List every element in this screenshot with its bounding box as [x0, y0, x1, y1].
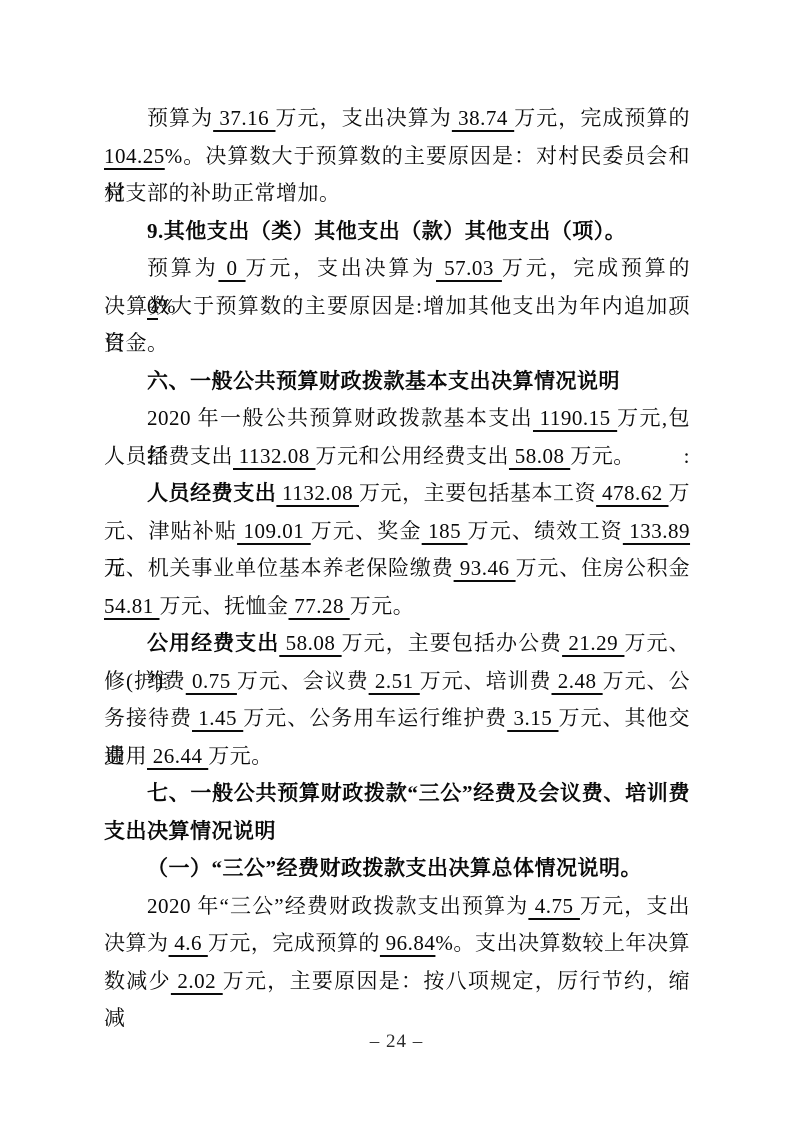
text-segment: 万元，支出决算为 — [246, 256, 436, 280]
text-segment: 公用经费支出 — [147, 631, 279, 655]
text-segment: 万元、培训费 — [420, 669, 552, 693]
underlined-value: 1132.08 — [233, 444, 315, 468]
underlined-value: 3.15 — [507, 706, 558, 730]
text-line: 党支部的补助正常增加。 — [104, 175, 690, 213]
text-line: 人员经费支出 1132.08 万元，主要包括基本工资 478.62 万 — [104, 475, 690, 513]
text-segment: 务接待费 — [104, 706, 192, 730]
text-segment: 七、一般公共预算财政拨款“三公”经费及会议费、培训费 — [147, 781, 690, 805]
underlined-value: 77.28 — [289, 594, 350, 618]
text-segment: %。支出决算数较上年决算 — [435, 931, 690, 955]
text-segment: 万元，完成预算的 — [208, 931, 380, 955]
text-line: 费用 26.44 万元。 — [104, 738, 690, 776]
text-segment: 万元。 — [208, 744, 273, 768]
underlined-value: 1132.08 — [276, 481, 359, 505]
text-segment: 万元。 — [570, 444, 635, 468]
page-number: – 24 – — [370, 1031, 424, 1052]
text-segment: 万元，支出 — [580, 894, 690, 918]
text-line: 元、津贴补贴 109.01 万元、奖金 185 万元、绩效工资 133.89 万 — [104, 513, 690, 551]
text-segment: 9.其他支出（类）其他支出（款）其他支出（项）。 — [147, 219, 626, 243]
text-line: （一）“三公”经费财政拨款支出决算总体情况说明。 — [104, 850, 690, 888]
text-line: 务接待费 1.45 万元、公务用车运行维护费 3.15 万元、其他交通 — [104, 700, 690, 738]
text-line: 104.25%。决算数大于预算数的主要原因是：对村民委员会和村 — [104, 138, 690, 176]
text-segment: 万元，完成预算的 — [502, 256, 690, 280]
text-line: 预算为 37.16 万元，支出决算为 38.74 万元，完成预算的 — [104, 100, 690, 138]
document-page: 预算为 37.16 万元，支出决算为 38.74 万元，完成预算的104.25%… — [0, 0, 793, 1122]
text-segment: 预算为 — [147, 106, 213, 130]
text-line: 2020 年“三公”经费财政拨款支出预算为 4.75 万元，支出 — [104, 888, 690, 926]
text-segment: 万元、住房公积金 — [516, 556, 690, 580]
underlined-value: 57.03 — [436, 256, 502, 280]
text-line: 预算为 0 万元，支出决算为 57.03 万元，完成预算的 0%。 — [104, 250, 690, 288]
underlined-value: 0 — [218, 256, 245, 280]
underlined-value: 54.81 — [104, 594, 160, 618]
underlined-value: 58.08 — [279, 631, 341, 655]
text-line: 9.其他支出（类）其他支出（款）其他支出（项）。 — [104, 213, 690, 251]
document-body: 预算为 37.16 万元，支出决算为 38.74 万元，完成预算的104.25%… — [104, 100, 690, 1000]
text-segment: 元、津贴补贴 — [104, 519, 237, 543]
underlined-value: 2.51 — [369, 669, 420, 693]
text-line: 数减少 2.02 万元，主要原因是：按八项规定，厉行节约，缩减 — [104, 963, 690, 1001]
underlined-value: 93.46 — [454, 556, 516, 580]
text-line: 54.81 万元、抚恤金 77.28 万元。 — [104, 588, 690, 626]
text-segment: 支出决算情况说明 — [104, 819, 276, 843]
text-segment: 万元，主要包括办公费 — [342, 631, 562, 655]
text-line: 六、一般公共预算财政拨款基本支出决算情况说明 — [104, 363, 690, 401]
text-line: 人员经费支出 1132.08 万元和公用经费支出 58.08 万元。 — [104, 438, 690, 476]
text-segment: 万元，完成预算的 — [514, 106, 690, 130]
underlined-value: 1.45 — [192, 706, 243, 730]
underlined-value: 2.02 — [171, 969, 223, 993]
text-segment: 万元、公务用车运行维护费 — [243, 706, 507, 730]
underlined-value: 185 — [422, 519, 468, 543]
text-segment: 六、一般公共预算财政拨款基本支出决算情况说明 — [147, 369, 620, 393]
text-line: 2020 年一般公共预算财政拨款基本支出 1190.15 万元,包括: — [104, 400, 690, 438]
text-line: 支出决算情况说明 — [104, 813, 690, 851]
text-line: 决算为 4.6 万元，完成预算的 96.84%。支出决算数较上年决算 — [104, 925, 690, 963]
text-segment: 万元、会议费 — [237, 669, 369, 693]
text-segment: 决算为 — [104, 931, 169, 955]
underlined-value: 4.6 — [169, 931, 208, 955]
underlined-value: 1190.15 — [533, 406, 617, 430]
underlined-value: 26.44 — [147, 744, 208, 768]
text-segment: 人员经费支出 — [147, 481, 276, 505]
text-line: 七、一般公共预算财政拨款“三公”经费及会议费、培训费 — [104, 775, 690, 813]
text-segment: 人员经费支出 — [104, 444, 233, 468]
text-line: 公用经费支出 58.08 万元，主要包括办公费 21.29 万元、维 — [104, 625, 690, 663]
text-segment: 资金。 — [104, 331, 169, 355]
text-segment: 万元。 — [350, 594, 415, 618]
text-segment: 元、机关事业单位基本养老保险缴费 — [104, 556, 454, 580]
text-segment: 修(护)费 — [104, 669, 186, 693]
text-segment: 万元，支出决算为 — [275, 106, 451, 130]
underlined-value: 2.48 — [552, 669, 603, 693]
underlined-value: 0.75 — [186, 669, 237, 693]
text-segment: 万元、奖金 — [311, 519, 422, 543]
underlined-value: 38.74 — [452, 106, 514, 130]
text-segment: 万元、公 — [603, 669, 690, 693]
underlined-value: 109.01 — [237, 519, 311, 543]
text-segment: 万元、抚恤金 — [160, 594, 289, 618]
underlined-value: 58.08 — [509, 444, 570, 468]
underlined-value: 4.75 — [528, 894, 580, 918]
underlined-value: 21.29 — [562, 631, 624, 655]
text-segment: 2020 年一般公共预算财政拨款基本支出 — [147, 406, 533, 430]
text-segment: 万元和公用经费支出 — [315, 444, 509, 468]
text-segment: 2020 年“三公”经费财政拨款支出预算为 — [147, 894, 528, 918]
underlined-value: 96.84 — [380, 931, 436, 955]
text-line: 元、机关事业单位基本养老保险缴费 93.46 万元、住房公积金 — [104, 550, 690, 588]
text-segment: 万 — [669, 481, 691, 505]
underlined-value: 133.89 — [623, 519, 690, 543]
text-segment: 费用 — [104, 744, 147, 768]
text-segment: 预算为 — [147, 256, 218, 280]
text-line: 资金。 — [104, 325, 690, 363]
text-line: 决算数大于预算数的主要原因是:增加其他支出为年内追加项目 — [104, 288, 690, 326]
text-segment: 万元，主要包括基本工资 — [359, 481, 596, 505]
text-segment: （一）“三公”经费财政拨款支出决算总体情况说明。 — [147, 856, 642, 880]
text-segment: 党支部的补助正常增加。 — [104, 181, 341, 205]
underlined-value: 37.16 — [213, 106, 275, 130]
text-segment: 万元、绩效工资 — [468, 519, 623, 543]
text-segment: 数减少 — [104, 969, 171, 993]
underlined-value: 104.25 — [104, 144, 165, 168]
page-footer: – 24 – — [0, 1031, 793, 1053]
underlined-value: 478.62 — [596, 481, 668, 505]
text-line: 修(护)费 0.75 万元、会议费 2.51 万元、培训费 2.48 万元、公 — [104, 663, 690, 701]
